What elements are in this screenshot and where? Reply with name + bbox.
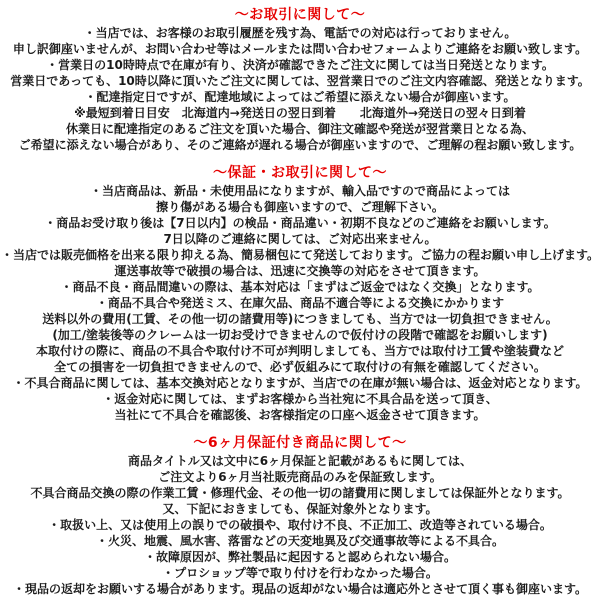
shop-terms-notice: ～お取引に関して～ ・当店では、お客様のお取引履歴を残す為、電話での対応は行って… [0, 0, 600, 600]
terms-line: 不具合商品交換の際の作業工賃・修理代金、その他一切の諸費用に関しましては保証外と… [0, 485, 600, 501]
terms-line: ・営業日の10時時点で在庫が有り、決済が確認できたご注文に関しては当日発送となり… [0, 57, 600, 73]
terms-line: ・不具合商品に関しては、基本交換対応となりますが、当店での在庫が無い場合は、返金… [0, 375, 600, 391]
terms-line: ・返金対応に関しては、まずお客様から当社宛に不具合品を送って頂き、 [0, 391, 600, 407]
terms-line: 擦り傷がある場合も御座いますので、ご理解下さい。 [0, 199, 600, 215]
terms-line: 運送事故等で破損の場合は、迅速に交換等の対応をさせて頂きます。 [0, 263, 600, 279]
terms-line: 又、下記におきましても、保証対象外となります。 [0, 501, 600, 517]
section-six-month-warranty: ～6ヶ月保証付き商品に関して～ 商品タイトル又は文中に6ヶ月保証と記載があるもに… [0, 435, 600, 597]
terms-line: ・故障原因が、弊社製品に起因すると認められない場合。 [0, 549, 600, 565]
section-title-transaction: ～お取引に関して～ [0, 7, 600, 24]
terms-line: 送料以外の費用(工賃、その他一切の諸費用等)につきましても、当方では一切負担でき… [0, 311, 600, 327]
section-transaction-terms: ～お取引に関して～ ・当店では、お客様のお取引履歴を残す為、電話での対応は行って… [0, 7, 600, 153]
terms-line: ・取扱い上、又は使用上の誤りでの破損や、取付け不良、不正加工、改造等されている場… [0, 517, 600, 533]
terms-line: ・当店では、お客様のお取引履歴を残す為、電話での対応は行っておりません。 [0, 25, 600, 41]
terms-line: 営業日であっても、10時以降に頂いたご注文に関しては、翌営業日でのご注文内容確認… [0, 73, 600, 89]
terms-line: ・火災、地震、風水害、落雷などの天変地異及び交通事故等による不具合。 [0, 533, 600, 549]
section-title-six-month-warranty: ～6ヶ月保証付き商品に関して～ [0, 435, 600, 452]
terms-line: ご注文より6ヶ月当社販売商品のみを保証致します。 [0, 469, 600, 485]
terms-line: ご希望に添えない場合があり、そのご連絡が遅れる場合が御座いますので、ご理解の程お… [0, 137, 600, 153]
terms-line: 全ての損害を一切負担できませんので、必ず仮組みにて取付けの有無を確認してください… [0, 359, 600, 375]
terms-line: ・現品の返却をお願いする場合があります。現品の返却がない場合は適応外とさせて頂く… [0, 581, 600, 597]
terms-line: (加工/塗装後等のクレームは一切お受けできませんので仮付けの段階で確認をお願いし… [0, 327, 600, 343]
terms-line: ・商品不良・商品間違いの際は、基本対応は「まずはご返金ではなく交換」となります。 [0, 279, 600, 295]
terms-line: ※最短到着日目安 北海道内→発送日の翌日到着 北海道外→発送日の翌々日到着 [0, 105, 600, 121]
terms-line: ・配達指定日ですが、配達地域によってはご希望に添えない場合が御座います。 [0, 89, 600, 105]
terms-line: 当社にて不具合を確認後、お客様指定の口座へ返金させて頂きます。 [0, 407, 600, 423]
section-title-warranty: ～保証・お取引に関して～ [0, 165, 600, 182]
terms-line: 休業日に配達指定のあるご注文を頂いた場合、御注文確認や発送が翌営業日となる為、 [0, 121, 600, 137]
terms-line: ・商品不具合や発送ミス、在庫欠品、商品不適合等による交換にかかります [0, 295, 600, 311]
terms-line: 7日以降のご連絡に関しては、ご対応出来ません。 [0, 231, 600, 247]
section-warranty-terms: ～保証・お取引に関して～ ・当店商品は、新品・未使用品になりますが、輸入品ですの… [0, 165, 600, 423]
terms-line: 申し訳御座いませんが、お問い合わせ等はメールまたは問い合わせフォームよりご連絡を… [0, 41, 600, 57]
terms-line: ・当店商品は、新品・未使用品になりますが、輸入品ですので商品によっては [0, 183, 600, 199]
terms-line: ・商品お受け取り後は【7日以内】の検品・商品違い・初期不良などのご連絡をお願いし… [0, 215, 600, 231]
terms-line: 本取付けの際に、商品の不具合や取付け不可が判明しましても、当方では取付け工賃や塗… [0, 343, 600, 359]
terms-line: ・当店では販売価格を出来る限り抑える為、簡易梱包にて発送しております。ご協力の程… [0, 247, 600, 263]
terms-line: ・プロショップ等で取り付けを行わなかった場合。 [0, 565, 600, 581]
terms-line: 商品タイトル又は文中に6ヶ月保証と記載があるもに関しては、 [0, 453, 600, 469]
